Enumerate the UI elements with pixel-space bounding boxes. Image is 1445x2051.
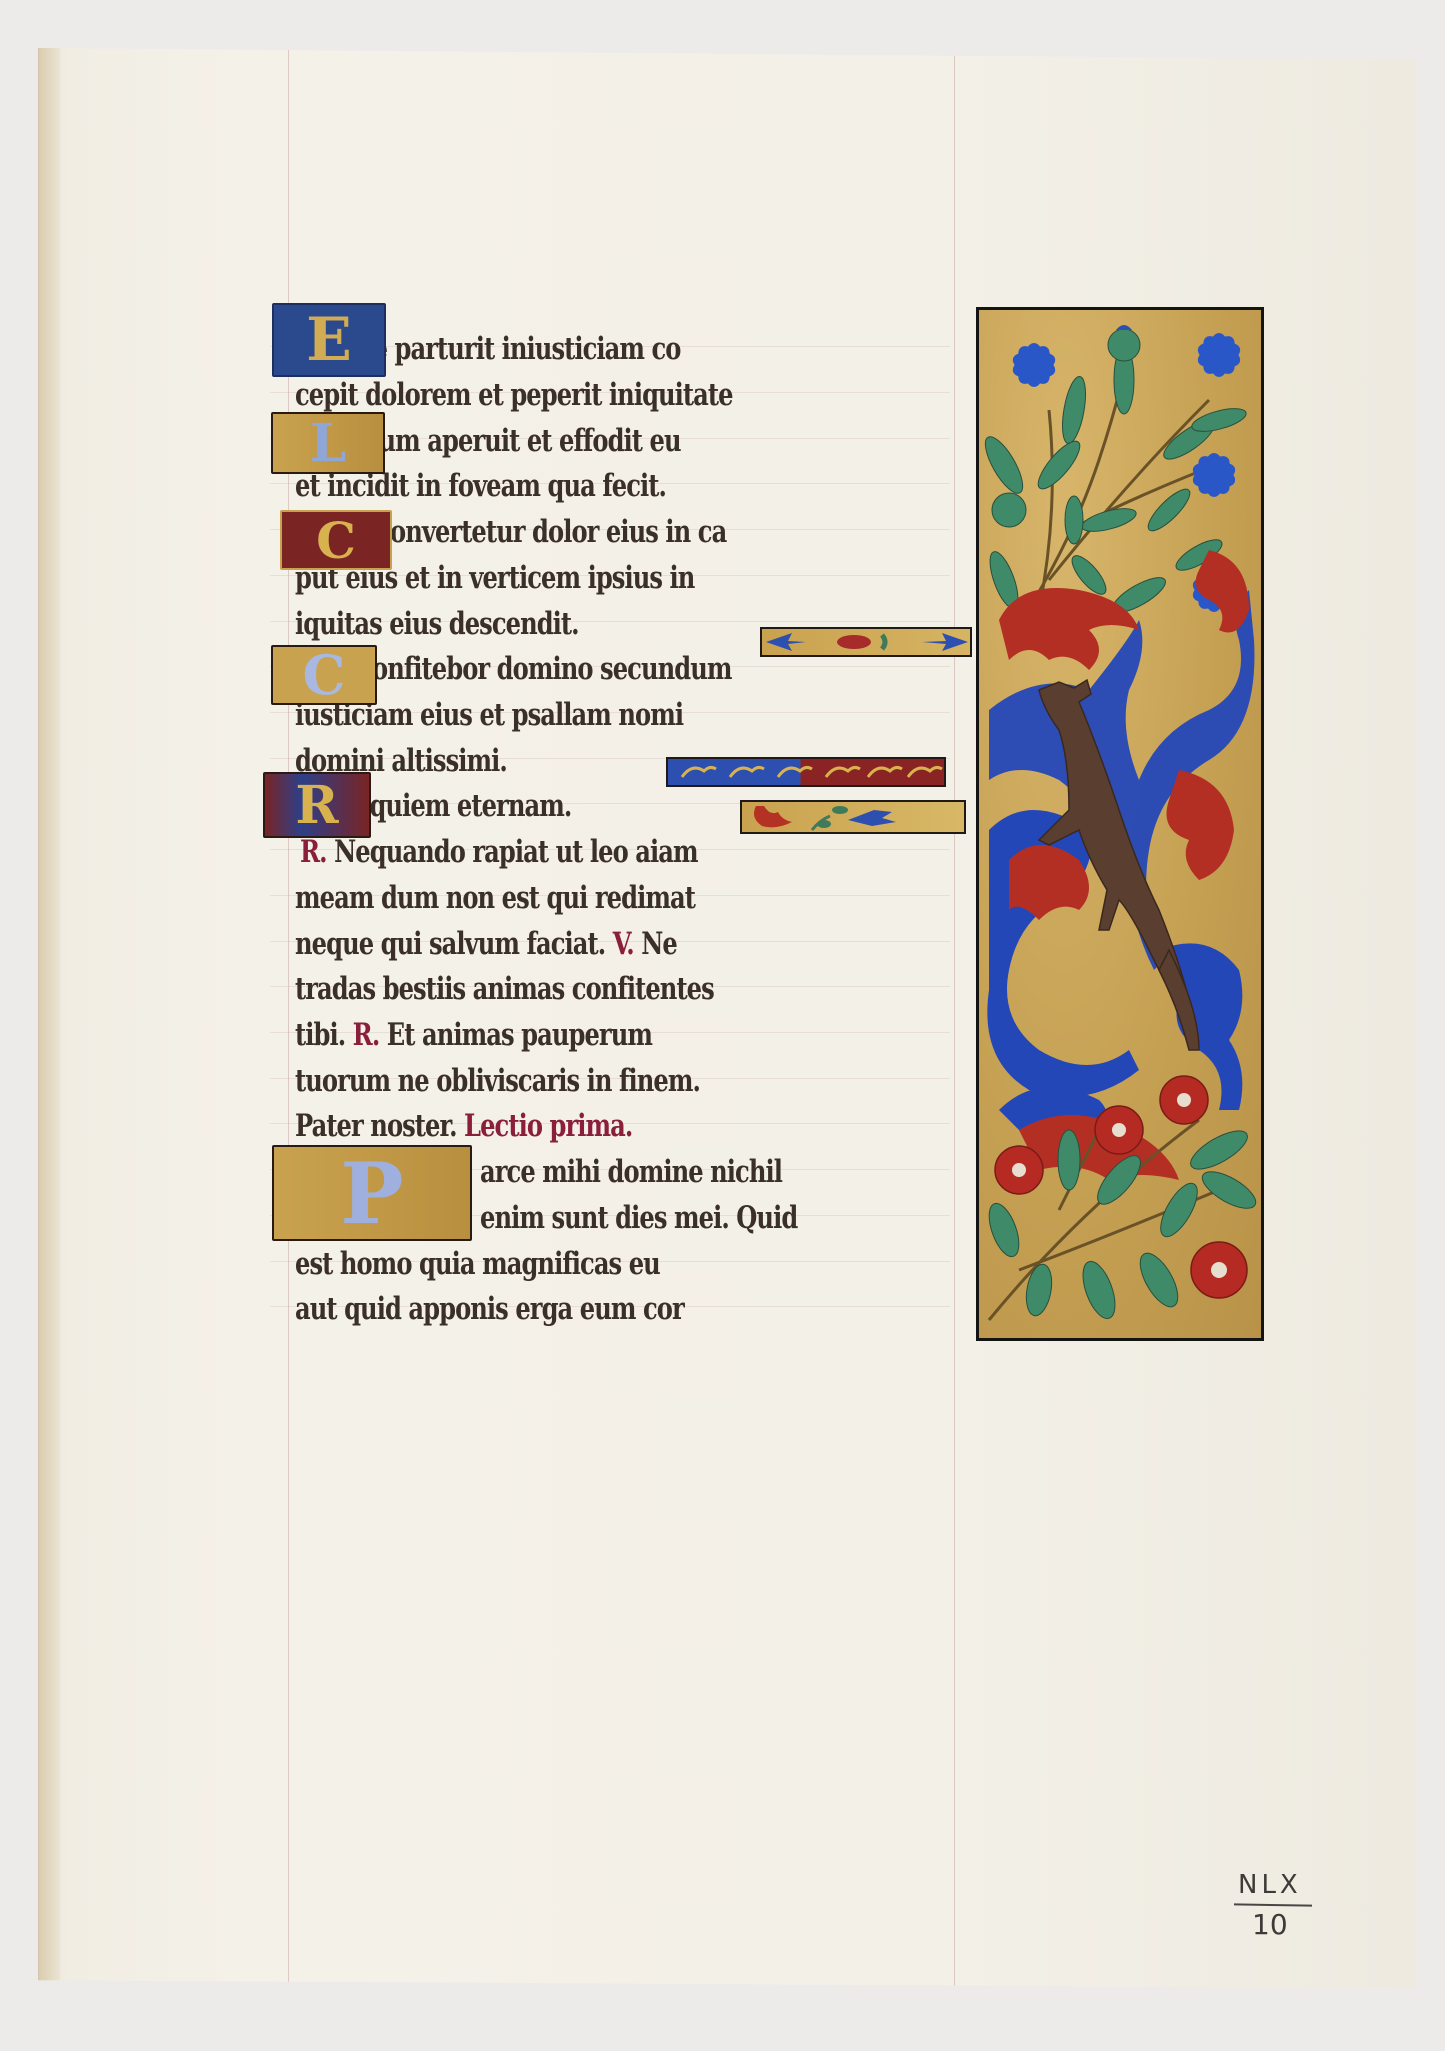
initial-c-2: C <box>271 645 377 705</box>
text-line-5: onvertetur dolor eius in ca <box>390 510 726 554</box>
folio-mark-bottom: 10 <box>1252 1908 1312 1941</box>
text-line-22: aut quid apponis erga eum cor <box>295 1287 684 1331</box>
text-line-15: tradas bestiis animas confitentes <box>295 967 714 1011</box>
folio-mark: NLX 10 <box>1238 1870 1312 1941</box>
text-line-16: tibi. R. Et animas pauperum <box>295 1013 652 1057</box>
text-line-1: cce parturit iniusticiam co <box>345 327 680 371</box>
ruling-line-right <box>954 48 955 1988</box>
folio-mark-top: NLX <box>1238 1870 1312 1900</box>
initial-c-1: C <box>280 510 392 570</box>
initial-p: P <box>272 1145 472 1241</box>
text-line-7: iquitas eius descendit. <box>295 602 579 646</box>
text-line-14: neque qui salvum faciat. V. Ne <box>295 922 677 966</box>
initial-e: E <box>272 303 386 377</box>
line-filler-2 <box>666 757 946 787</box>
initial-r: R <box>263 772 371 838</box>
text-line-17: tuorum ne obliviscaris in finem. <box>295 1059 700 1103</box>
line-filler-3 <box>740 800 966 834</box>
text-line-18: Pater noster. Lectio prima. <box>295 1104 632 1148</box>
rubric-versicle: V. <box>613 926 634 962</box>
line-filler-1 <box>760 627 972 657</box>
text-line-20: enim sunt dies mei. Quid <box>480 1196 797 1240</box>
text-line-21: est homo quia magnificas eu <box>295 1242 660 1286</box>
border-decoration-art <box>979 310 1261 1338</box>
folio-mark-divider <box>1234 1903 1312 1906</box>
text-line-11: equiem eternam. <box>355 784 571 828</box>
rubric-response: R. <box>300 834 327 870</box>
text-line-19: arce mihi domine nichil <box>480 1150 782 1194</box>
text-line-3: acum aperuit et effodit eu <box>350 419 681 463</box>
illuminated-border-panel <box>976 307 1264 1341</box>
text-line-2: cepit dolorem et peperit iniquitate <box>295 373 733 417</box>
text-line-13: meam dum non est qui redimat <box>295 876 695 920</box>
rubric-lectio: Lectio prima. <box>464 1108 632 1144</box>
rubric-response-2: R. <box>353 1017 380 1053</box>
initial-l: L <box>271 412 385 474</box>
ruling-line-edge <box>38 48 39 1988</box>
text-line-8: onfitebor domino secundum <box>372 647 732 691</box>
